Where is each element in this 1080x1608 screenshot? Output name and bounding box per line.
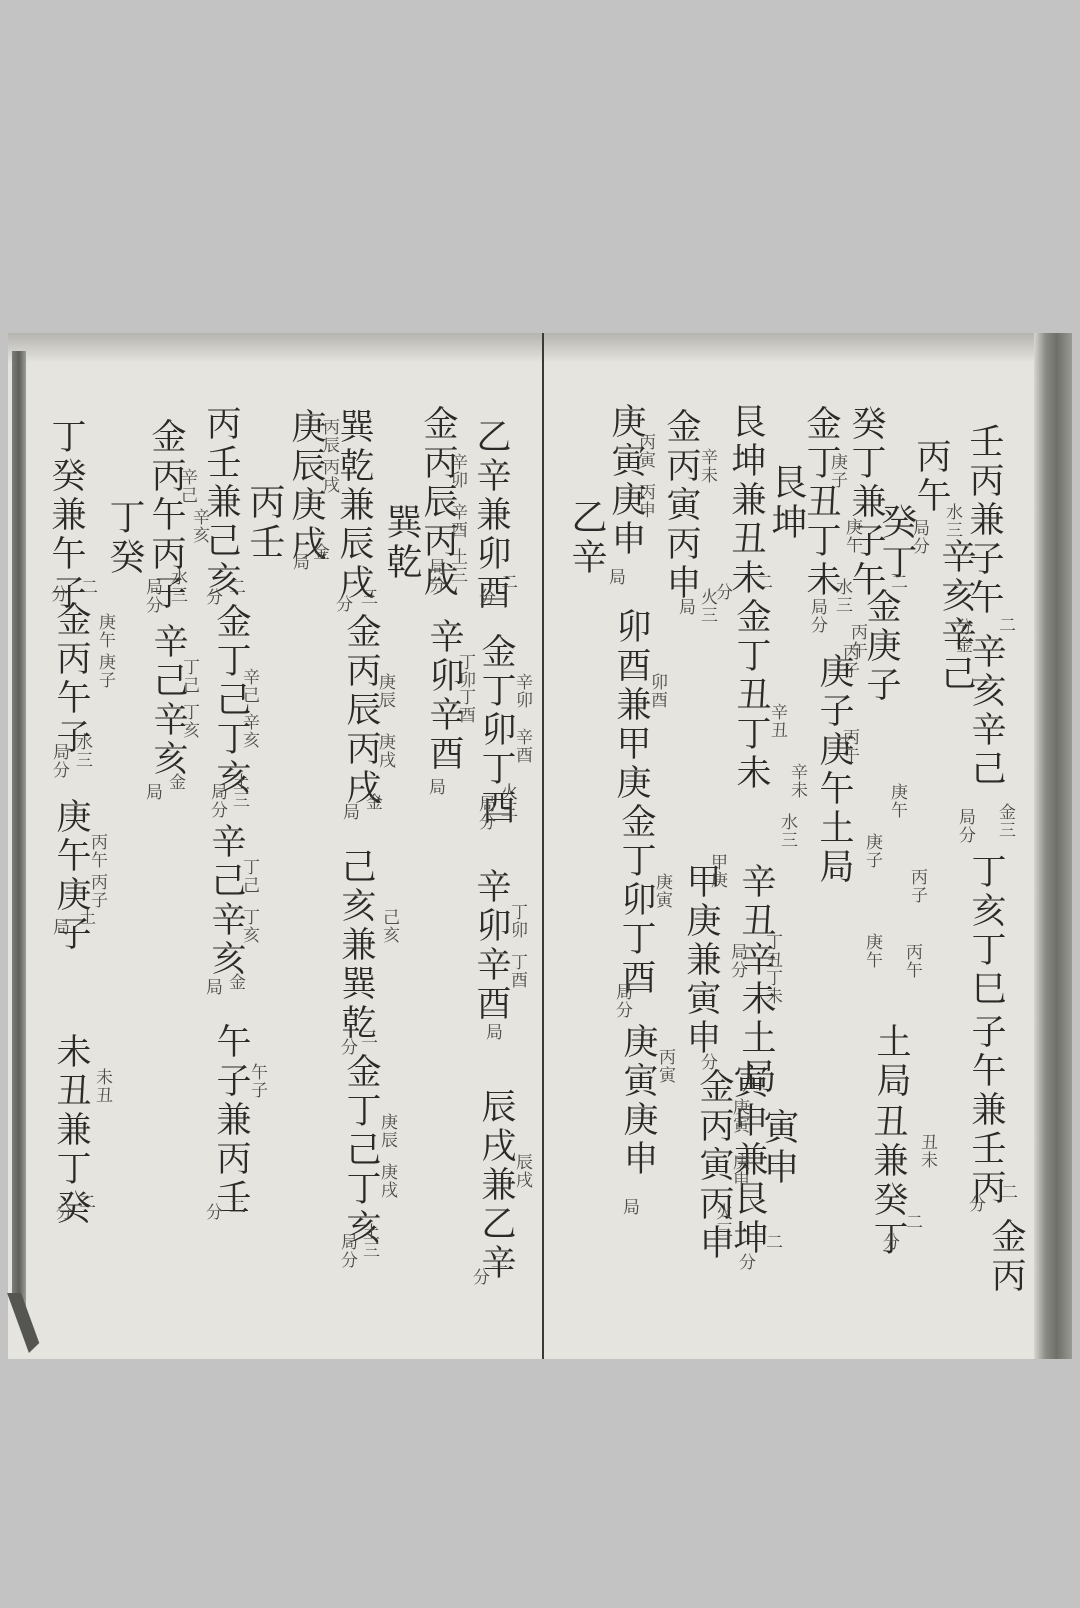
- heading-ding-gui: 丁癸: [106, 498, 142, 578]
- note-l1-c: 辛卯: [513, 673, 530, 709]
- note-r4-sub4: 庚子: [863, 833, 880, 869]
- note-r8-d: 甲庚: [708, 853, 725, 889]
- column-l1-cont2: 辛卯辛酉: [473, 868, 508, 1024]
- note-r7-a: 二: [753, 573, 770, 591]
- note-l7-f: 局分: [208, 783, 225, 819]
- note-l1-g: 丁卯: [508, 903, 525, 939]
- note-r9-e: 庚寅: [653, 873, 670, 909]
- column-l4-end: 己亥兼巽乾: [338, 848, 373, 1043]
- column-r7-cont: 金丁丑丁未: [733, 598, 768, 793]
- heading-yi-xin: 乙辛: [568, 498, 604, 578]
- note-r4-e: 丑未: [918, 1133, 935, 1169]
- note-r9-b: 丙申: [636, 483, 653, 519]
- note-r4-g: 分: [880, 1233, 897, 1251]
- heading-bing-ren: 丙壬: [246, 483, 282, 563]
- note-l8-a: 辛己: [178, 468, 195, 504]
- note-l1-d: 辛酉: [513, 728, 530, 764]
- column-r4-end: 土局: [873, 1023, 908, 1101]
- note-l10-e: 水三: [73, 733, 90, 769]
- note-r8-b: 火三: [698, 588, 715, 624]
- column-l7-end: 午子兼丙壬: [213, 1023, 248, 1218]
- note-r7-i: 分: [736, 1253, 753, 1271]
- note-l10-f: 局分: [50, 743, 67, 779]
- page-gutter-line: [542, 333, 544, 1359]
- note-l2-a: 辛卯: [448, 453, 465, 489]
- note-r7-e: 水三: [778, 813, 795, 849]
- note-l2-d: 局分: [426, 558, 443, 594]
- note-l7-g: 丁己: [240, 858, 257, 894]
- note-r4-sub6: 庚午: [863, 933, 880, 969]
- note-l1-a: 二: [498, 573, 515, 591]
- note-r4-sub5: 丙午: [903, 943, 920, 979]
- note-l1-k: 二: [488, 1253, 505, 1271]
- note-l2-c: 土三: [448, 548, 465, 584]
- note-l10-i: 土: [76, 908, 93, 926]
- note-r5-c: 丙子: [840, 643, 857, 679]
- note-r5-d: 丙午: [840, 728, 857, 764]
- column-l7-cont2: 辛己辛亥: [208, 823, 243, 979]
- note-l10-h: 丙子: [88, 873, 105, 909]
- note-l4-h: 二: [358, 1028, 375, 1046]
- note-l4-c: 庚辰: [376, 673, 393, 709]
- note-r2-a: 水三: [943, 503, 960, 539]
- note-r8-h: 火三: [713, 1203, 730, 1239]
- note-l4-a: 三: [358, 588, 375, 606]
- note-r8-c: 局: [676, 598, 693, 616]
- note-l10-j: 局: [50, 918, 67, 936]
- note-l5-c: 金: [310, 543, 327, 561]
- note-r1-e: 二: [998, 1183, 1015, 1201]
- note-l1-h: 丁酉: [508, 953, 525, 989]
- note-r4-b: 庚午: [843, 518, 860, 554]
- note-r4-sub2: 庚午: [888, 783, 905, 819]
- note-r9-g: 丙寅: [656, 1048, 673, 1084]
- column-r2-cont: 辛亥辛己: [938, 538, 973, 694]
- note-l2-g: 局: [426, 778, 443, 796]
- note-l5-b: 丙戌: [320, 458, 337, 494]
- note-l1-f: 局分: [476, 795, 493, 831]
- column-r9-cont: 卯酉兼甲庚: [613, 608, 648, 803]
- note-l7-k: 午子: [248, 1063, 265, 1099]
- column-l4-end2: 金丁己丁亥: [343, 1053, 378, 1248]
- page-top-shadow: [8, 333, 1072, 363]
- note-r1-f: 分: [966, 1195, 983, 1213]
- column-r9-cont3: 庚寅庚申: [620, 1023, 655, 1179]
- column-r9-cont2: 金丁卯丁酉: [618, 803, 653, 998]
- column-l5: 庚辰庚戌: [288, 408, 323, 564]
- note-r7-h: 二: [763, 1233, 780, 1251]
- note-r7-d: 辛未: [788, 763, 805, 799]
- note-l4-d: 庚戌: [376, 733, 393, 769]
- note-l10-a: 二: [78, 578, 95, 596]
- note-l8-f: 丁亥: [180, 703, 197, 739]
- note-r7-c: 辛丑: [768, 703, 785, 739]
- note-l1-b: 分: [476, 588, 493, 606]
- column-r4: 癸丁兼子午: [848, 405, 883, 600]
- column-r8: 金丙寅丙申: [663, 408, 698, 603]
- note-r8-g: 庚申: [730, 1153, 747, 1189]
- note-r9-c: 局: [606, 568, 623, 586]
- note-l7-d: 辛亥: [240, 713, 257, 749]
- note-l1-l: 分: [470, 1268, 487, 1286]
- note-l1-i: 局: [483, 1023, 500, 1041]
- note-l2-b: 辛酉: [448, 503, 465, 539]
- note-r1-c: 金三: [996, 803, 1013, 839]
- column-r5-cont: 庚子庚午土局: [816, 653, 851, 887]
- note-r4-sub3: 丙子: [908, 868, 925, 904]
- note-l4-f: 局: [340, 803, 357, 821]
- column-l4: 巽乾兼辰戌: [336, 408, 371, 603]
- note-r4-f: 二: [903, 1213, 920, 1231]
- note-r5-b: 局分: [808, 598, 825, 634]
- column-r1-last: 金丙: [988, 1218, 1023, 1296]
- note-r8-f: 庚寅: [730, 1098, 747, 1134]
- column-r4-cont: 金庚子: [863, 588, 898, 705]
- note-l7-e: 土三: [230, 773, 247, 809]
- note-l8-g: 金: [166, 773, 183, 791]
- note-l7-m: 分: [203, 1203, 220, 1221]
- note-l7-h: 丁亥: [240, 908, 257, 944]
- note-r8-a: 辛未: [698, 448, 715, 484]
- column-r5: 金丁丑丁未: [803, 405, 838, 600]
- column-l8-cont: 辛己辛亥: [150, 623, 185, 779]
- note-r1-a: 二: [996, 616, 1013, 634]
- note-l7-c: 辛己: [240, 668, 257, 704]
- column-r7: 艮坤兼丑未: [728, 403, 763, 598]
- note-r9-h: 局: [620, 1198, 637, 1216]
- note-l4-g: 己亥: [380, 908, 397, 944]
- note-l4-j: 庚辰: [378, 1113, 395, 1149]
- note-l8-h: 局: [143, 783, 160, 801]
- note-l2-f: 丁酉: [456, 688, 473, 724]
- manuscript-spread: 壬丙兼子午 二 分金 辛亥辛己 金三 局分 丁亥丁巳 子午兼壬丙 二 分 金丙 …: [8, 333, 1072, 1359]
- heading-gen-kun: 艮坤: [768, 463, 804, 543]
- note-r7-f: 局分: [728, 943, 745, 979]
- note-l8-d: 局分: [143, 578, 160, 614]
- note-l8-b: 辛亥: [190, 508, 207, 544]
- left-page-corner: [7, 1293, 77, 1353]
- column-r1-tail: 丁亥丁巳: [968, 853, 1003, 1009]
- note-l8-e: 丁己: [180, 658, 197, 694]
- note-l10-k: 未丑: [93, 1068, 110, 1104]
- note-l7-l: 二: [226, 1198, 243, 1216]
- right-page-edge: [1034, 333, 1072, 1359]
- column-l7: 丙壬兼己亥: [203, 405, 238, 600]
- note-l10-g: 丙午: [88, 833, 105, 869]
- note-l2-e: 丁卯: [456, 653, 473, 689]
- column-r1-end: 子午兼壬丙: [968, 1013, 1003, 1208]
- note-l4-b: 分: [333, 595, 350, 613]
- note-l4-e: 金: [363, 793, 380, 811]
- note-l10-d: 庚子: [96, 653, 113, 689]
- note-l10-m: 分: [53, 1203, 70, 1221]
- note-r5-a: 水三: [833, 578, 850, 614]
- note-l5-a: 丙辰: [320, 418, 337, 454]
- note-l5-d: 局: [290, 553, 307, 571]
- note-l7-i: 金: [226, 973, 243, 991]
- heading-xun-qian: 巽乾: [383, 503, 419, 583]
- note-l8-c: 水三: [168, 568, 185, 604]
- note-l4-m: 局分: [338, 1233, 355, 1269]
- note-l10-c: 庚午: [96, 613, 113, 649]
- column-r9: 庚寅庚申: [608, 403, 643, 559]
- note-r9-d: 卯酉: [648, 673, 665, 709]
- note-l7-j: 局: [203, 978, 220, 996]
- note-l7-a: 二: [226, 578, 243, 596]
- left-page-edge: [12, 351, 26, 1311]
- note-r9-a: 丙寅: [636, 433, 653, 469]
- note-l1-e: 火三: [498, 783, 515, 819]
- note-l10-l: 二: [76, 1193, 93, 1211]
- note-r9-f: 局分: [613, 983, 630, 1019]
- column-l4-cont: 金丙辰丙戌: [343, 613, 378, 808]
- note-l1-j: 辰戌: [513, 1153, 530, 1189]
- column-r8-cont: 甲庚兼寅申: [683, 863, 718, 1058]
- note-r7-g: 丁丑丁未: [763, 933, 780, 1005]
- note-l4-l: 土三: [360, 1223, 377, 1259]
- note-l4-k: 庚戌: [378, 1163, 395, 1199]
- note-r1-d: 局分: [956, 808, 973, 844]
